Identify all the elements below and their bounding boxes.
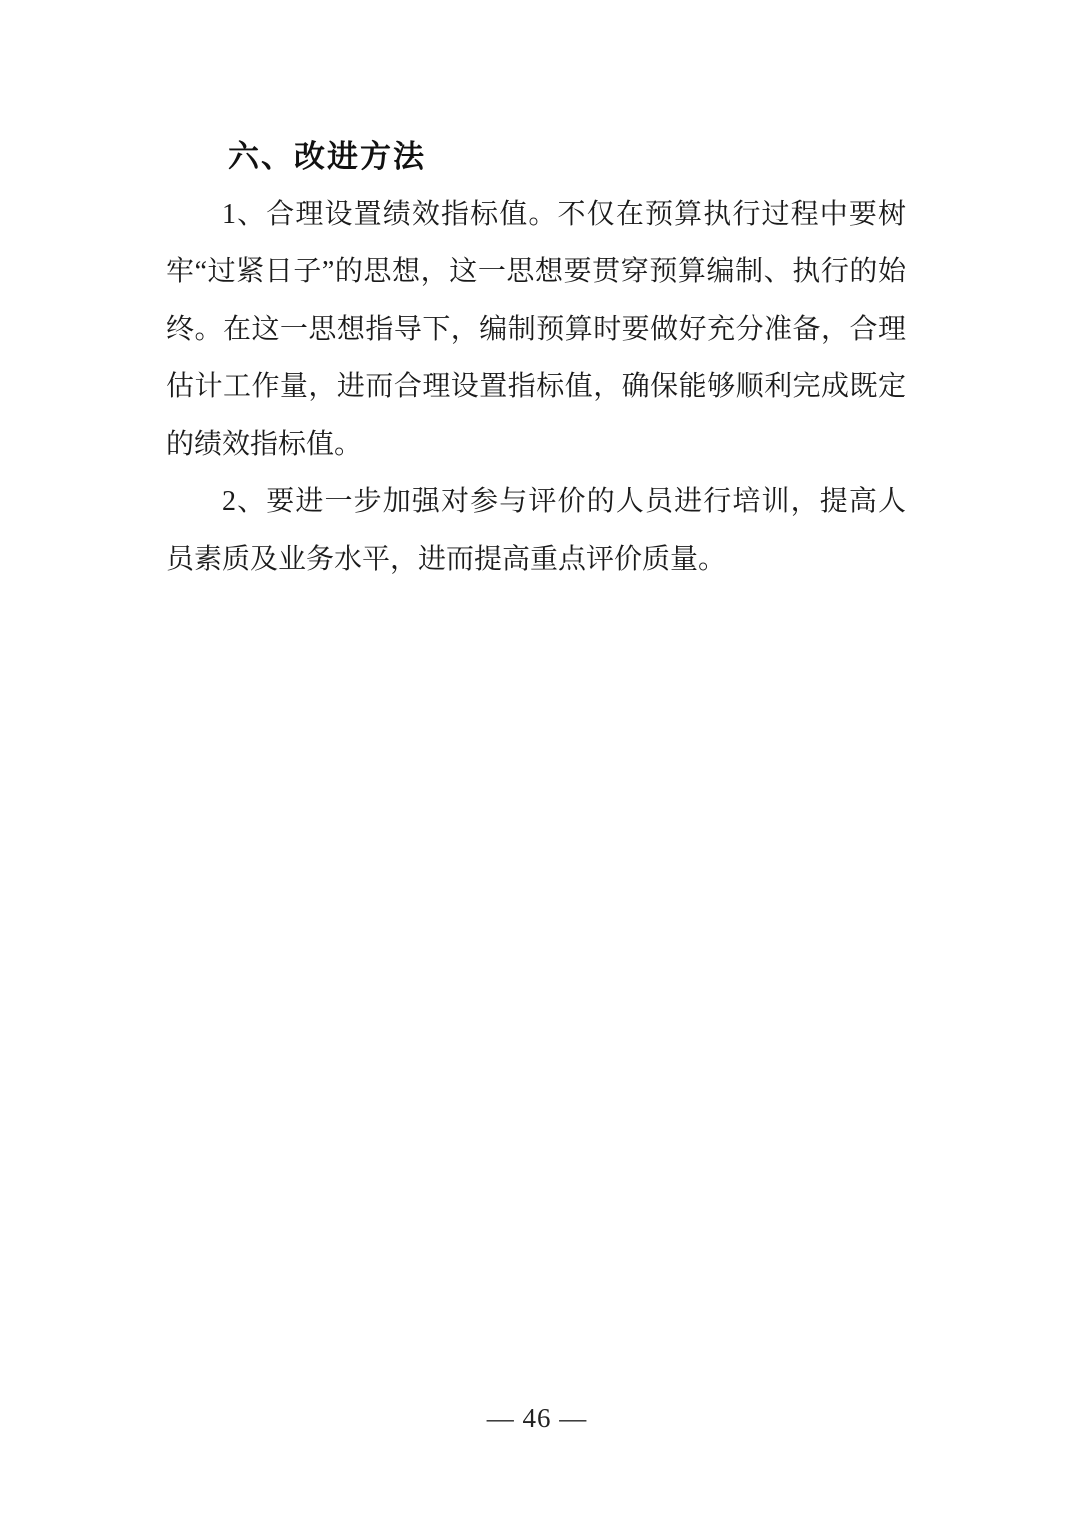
document-page: 六、改进方法 1、合理设置绩效指标值。不仅在预算执行过程中要树牢“过紧日子”的思… xyxy=(0,0,1074,1520)
section-heading: 六、改进方法 xyxy=(166,128,906,186)
paragraph-1: 1、合理设置绩效指标值。不仅在预算执行过程中要树牢“过紧日子”的思想，这一思想要… xyxy=(166,186,906,474)
document-body: 六、改进方法 1、合理设置绩效指标值。不仅在预算执行过程中要树牢“过紧日子”的思… xyxy=(166,128,906,588)
paragraph-2: 2、要进一步加强对参与评价的人员进行培训，提高人员素质及业务水平，进而提高重点评… xyxy=(166,473,906,588)
page-number: — 46 — xyxy=(0,1398,1074,1438)
